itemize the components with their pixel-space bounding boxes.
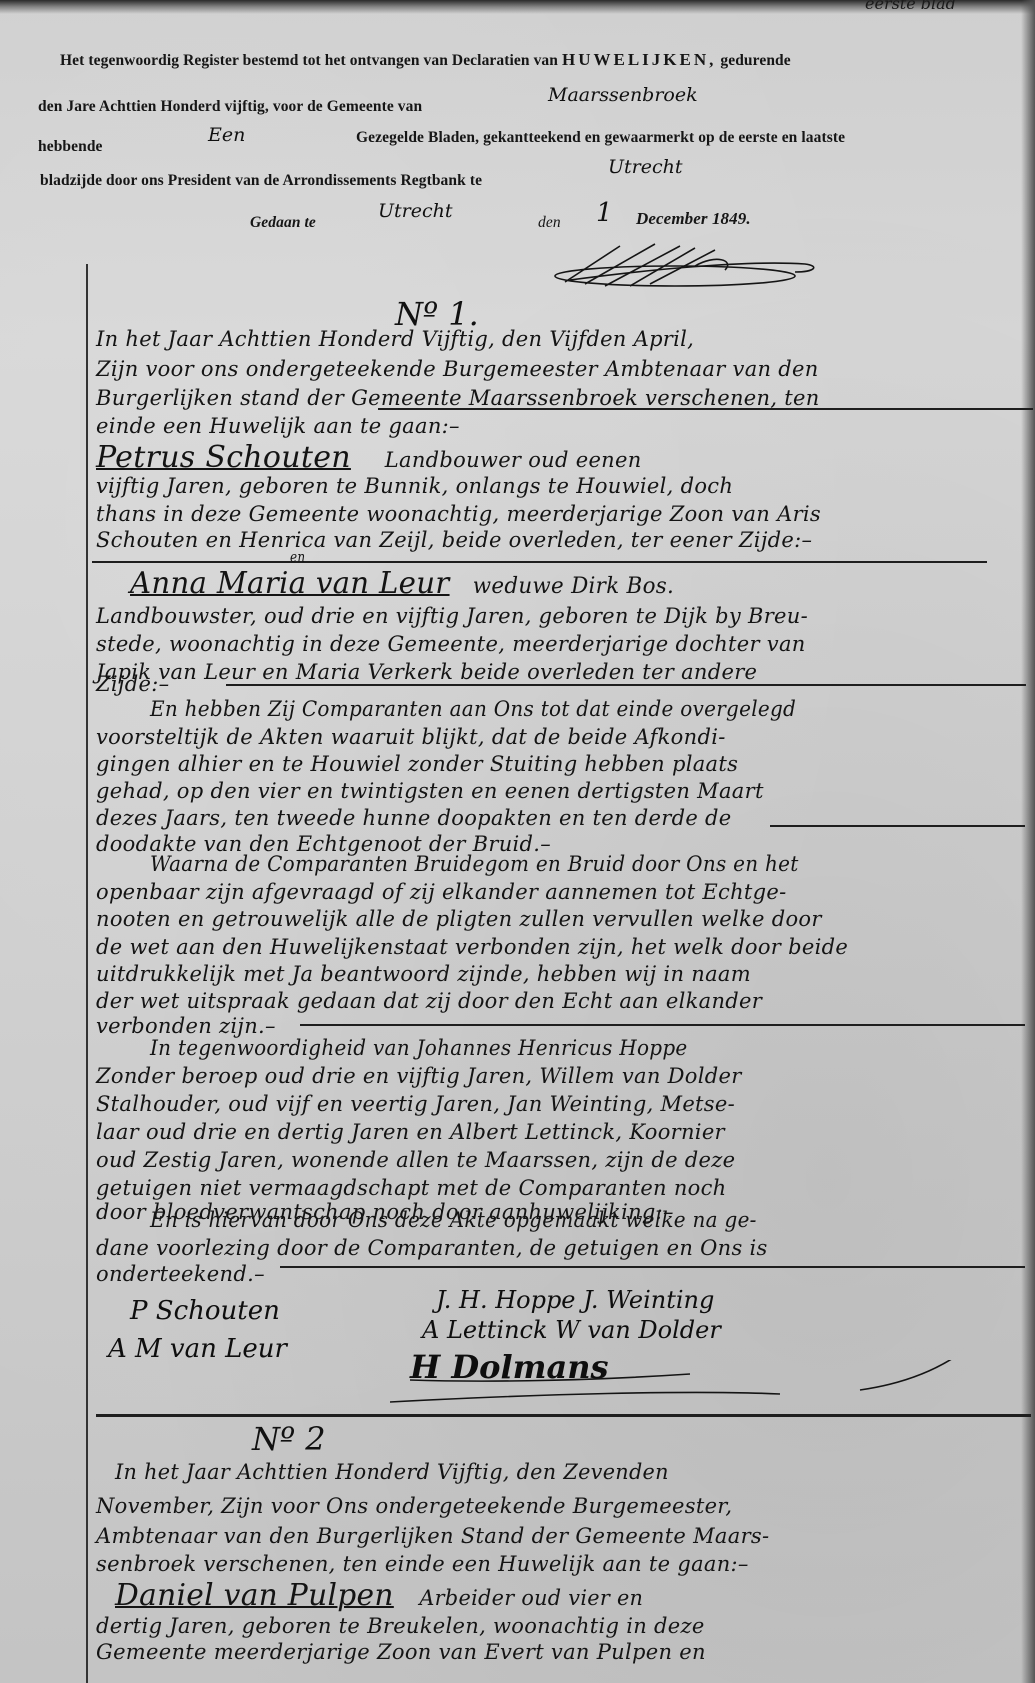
entry-1-line: Burgerlijken stand der Gemeente Maarssen…	[96, 386, 1016, 410]
text-line: gehad, op den vier en twintigsten en een…	[96, 779, 764, 803]
header-line-1: Het tegenwoordig Register bestemd tot he…	[60, 50, 791, 70]
text-line: Zonder beroep oud drie en vijftig Jaren,…	[96, 1064, 742, 1088]
signature-flourish-icon	[390, 1360, 1020, 1410]
entry-1-line: stede, woonachtig in deze Gemeente, meer…	[96, 632, 1016, 656]
text-line: Waarna de Comparanten Bruidegom en Bruid…	[150, 852, 799, 876]
done-date: December 1849.	[636, 209, 751, 229]
entry-1-line: getuigen niet vermaagdschapt met de Comp…	[96, 1176, 1016, 1200]
text-line: vijftig Jaren, geboren te Bunnik, onlang…	[96, 474, 733, 498]
signature-bride: A M van Leur	[108, 1334, 287, 1364]
text-line: In het Jaar Achttien Honderd Vijftig, de…	[115, 1460, 669, 1484]
text-line: einde een Huwelijk aan te gaan:–	[96, 414, 460, 438]
entry-1-line: Stalhouder, oud vijf en veertig Jaren, J…	[96, 1092, 1016, 1116]
entry-1-line: der wet uitspraak gedaan dat zij door de…	[96, 989, 1016, 1013]
text-line: Stalhouder, oud vijf en veertig Jaren, J…	[96, 1092, 735, 1116]
municipality-filled: Maarssenbroek	[548, 84, 698, 106]
text-line: verbonden zijn.–	[96, 1014, 276, 1038]
text-line: dane voorlezing door de Comparanten, de …	[96, 1236, 768, 1260]
bride-status: weduwe Dirk Bos.	[473, 574, 674, 599]
entry-1-line: oud Zestig Jaren, wonende allen te Maars…	[96, 1148, 1016, 1172]
text-line: oud Zestig Jaren, wonende allen te Maars…	[96, 1148, 735, 1172]
line-filler-rule	[770, 825, 1025, 827]
done-place-filled: Utrecht	[378, 200, 453, 222]
text-line: getuigen niet vermaagdschapt met de Comp…	[96, 1176, 727, 1200]
entry-2-line: senbroek verschenen, ten einde een Huwel…	[96, 1552, 1016, 1576]
entry-1-line: In het Jaar Achttien Honderd Vijftig, de…	[96, 327, 1016, 351]
entry-2-groom-line: Daniel van Pulpen Arbeider oud vier en	[115, 1578, 1025, 1613]
text-line: November, Zijn voor Ons ondergeteekende …	[96, 1494, 732, 1518]
text-line: In tegenwoordigheid van Johannes Henricu…	[150, 1036, 688, 1060]
text-line: Zijde:–	[96, 672, 169, 696]
entry-1-line: verbonden zijn.–	[96, 1014, 1016, 1038]
president-signature-icon	[545, 240, 825, 292]
entry-1-line: Zijn voor ons ondergeteekende Burgemeest…	[96, 357, 1016, 381]
header-text: gedurende	[720, 52, 790, 69]
entry-1-line: gehad, op den vier en twintigsten en een…	[96, 779, 1016, 803]
entry-2-line: In het Jaar Achttien Honderd Vijftig, de…	[115, 1460, 1025, 1484]
entry-2-line: Gemeente meerderjarige Zoon van Evert va…	[96, 1640, 1016, 1664]
done-den: den	[538, 214, 561, 232]
text-line: gingen alhier en te Houwiel zonder Stuit…	[96, 752, 738, 776]
line-filler-rule	[280, 1266, 1025, 1268]
text-line: Landbouwster, oud drie en vijftig Jaren,…	[96, 604, 808, 628]
text-line: En hebben Zij Comparanten aan Ons tot da…	[150, 697, 796, 721]
entry-separator-rule	[96, 1414, 1031, 1417]
entry-1-line: Waarna de Comparanten Bruidegom en Bruid…	[150, 852, 1025, 876]
text-line: En is hiervan door Ons deze Akte opgemaa…	[150, 1208, 757, 1232]
text-line: dertig Jaren, geboren te Breukelen, woon…	[96, 1614, 705, 1638]
text-line: laar oud drie en dertig Jaren en Albert …	[96, 1120, 725, 1144]
text-line: Gemeente meerderjarige Zoon van Evert va…	[96, 1640, 706, 1664]
sheet-count-filled: Een	[208, 124, 245, 146]
line-filler-rule	[378, 408, 1033, 410]
margin-rule	[86, 264, 88, 1683]
entry-1-line: vijftig Jaren, geboren te Bunnik, onlang…	[96, 474, 1016, 498]
text-line: de wet aan den Huwelijkenstaat verbonden…	[96, 935, 848, 959]
done-label: Gedaan te	[250, 214, 316, 232]
line-filler-rule	[226, 684, 1026, 686]
entry-2-groom-name: Daniel van Pulpen	[115, 1578, 394, 1613]
header-line-3-label: hebbende	[38, 138, 103, 156]
bride-line: Anna Maria van Leur weduwe Dirk Bos.	[130, 566, 1025, 601]
entry-2-line: Ambtenaar van den Burgerlijken Stand der…	[96, 1524, 1016, 1548]
header-line-4-label: bladzijde door ons President van de Arro…	[40, 172, 482, 190]
entry-1-line: Landbouwster, oud drie en vijftig Jaren,…	[96, 604, 1016, 628]
text-line: Burgerlijken stand der Gemeente Maarssen…	[96, 386, 820, 410]
entry-1-line: laar oud drie en dertig Jaren en Albert …	[96, 1120, 1016, 1144]
conjunction-en: en	[290, 548, 1025, 566]
text-line: onderteekend.–	[96, 1262, 265, 1286]
groom-name: Petrus Schouten	[96, 440, 351, 475]
header-line-2-label: den Jare Achttien Honderd vijftig, voor …	[38, 98, 422, 116]
signature-witnesses-row-2: A Lettinck W van Dolder	[422, 1316, 721, 1344]
entry-1-line: openbaar zijn afgevraagd of zij elkander…	[96, 880, 1016, 904]
scan-edge-shadow-right	[1021, 0, 1035, 1683]
signature-groom: P Schouten	[130, 1296, 280, 1326]
text-line: voorsteltijk de Akten waaruit blijkt, da…	[96, 725, 726, 749]
header-text: Het tegenwoordig Register bestemd tot he…	[60, 52, 558, 69]
entry-2-groom-occupation: Arbeider oud vier en	[419, 1586, 643, 1610]
signature-witnesses-row-1: J. H. Hoppe J. Weinting	[436, 1286, 714, 1314]
entry-1-line: voorsteltijk de Akten waaruit blijkt, da…	[96, 725, 1016, 749]
entry-1-line: einde een Huwelijk aan te gaan:–	[96, 414, 1016, 438]
text-line: Zijn voor ons ondergeteekende Burgemeest…	[96, 357, 819, 381]
entry-2-line: November, Zijn voor Ons ondergeteekende …	[96, 1494, 1016, 1518]
entry-1-line: Zonder beroep oud drie en vijftig Jaren,…	[96, 1064, 1016, 1088]
groom-line: Petrus Schouten Landbouwer oud eenen	[96, 440, 1016, 475]
text-line: uitdrukkelijk met Ja beantwoord zijnde, …	[96, 962, 751, 986]
entry-1-line: dane voorlezing door de Comparanten, de …	[96, 1236, 1016, 1260]
text-line: In het Jaar Achttien Honderd Vijftig, de…	[96, 327, 694, 351]
text-line: der wet uitspraak gedaan dat zij door de…	[96, 989, 762, 1013]
done-day-filled: 1	[596, 198, 613, 228]
entry-1-line: gingen alhier en te Houwiel zonder Stuit…	[96, 752, 1016, 776]
entry-1-line: uitdrukkelijk met Ja beantwoord zijnde, …	[96, 962, 1016, 986]
text-line: senbroek verschenen, ten einde een Huwel…	[96, 1552, 749, 1576]
entry-1-line: In tegenwoordigheid van Johannes Henricu…	[150, 1036, 1025, 1060]
entry-1-line: En is hiervan door Ons deze Akte opgemaa…	[150, 1208, 1025, 1232]
corner-note: eerste blad	[865, 0, 956, 13]
text-line: Ambtenaar van den Burgerlijken Stand der…	[96, 1524, 769, 1548]
text-line: openbaar zijn afgevraagd of zij elkander…	[96, 880, 787, 904]
register-page: eerste blad Het tegenwoordig Register be…	[0, 0, 1035, 1683]
bride-name: Anna Maria van Leur	[130, 566, 450, 601]
text-line: stede, woonachtig in deze Gemeente, meer…	[96, 632, 806, 656]
entry-1-line: En hebben Zij Comparanten aan Ons tot da…	[150, 697, 1025, 721]
entry-1-line: thans in deze Gemeente woonachtig, meerd…	[96, 502, 1016, 526]
text-line: dezes Jaars, ten tweede hunne doopakten …	[96, 806, 732, 830]
text-line: thans in deze Gemeente woonachtig, meerd…	[96, 502, 821, 526]
groom-occupation: Landbouwer oud eenen	[385, 448, 642, 472]
text-line: nooten en getrouwelijk alle de pligten z…	[96, 907, 822, 931]
court-place-filled: Utrecht	[608, 156, 683, 178]
entry-1-line: de wet aan den Huwelijkenstaat verbonden…	[96, 935, 1016, 959]
header-line-3-text: Gezegelde Bladen, gekantteekend en gewaa…	[356, 129, 845, 147]
entry-1-line: nooten en getrouwelijk alle de pligten z…	[96, 907, 1016, 931]
header-caps-huwelijken: HUWELIJKEN,	[562, 50, 716, 69]
line-filler-rule	[300, 1024, 1025, 1026]
entry-2-number: Nº 2	[252, 1420, 326, 1458]
entry-2-line: dertig Jaren, geboren te Breukelen, woon…	[96, 1614, 1016, 1638]
